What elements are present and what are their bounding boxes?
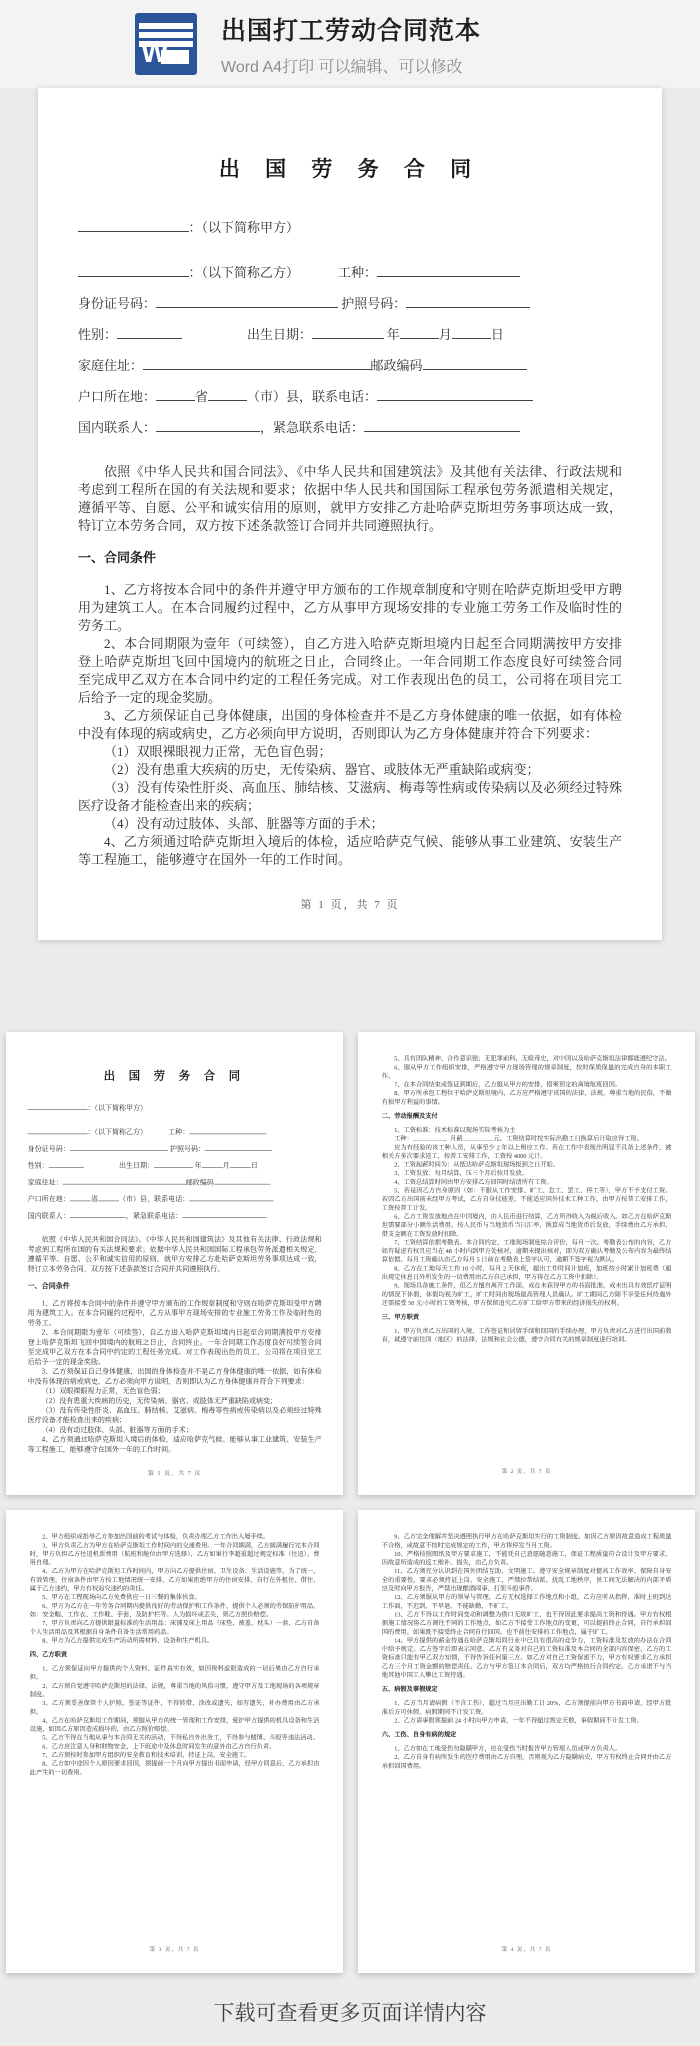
- form-label: 户口所在地：: [27, 1195, 69, 1203]
- doc-paragraph: （4）没有动过肢体、头部、脏器等方面的手术；: [78, 815, 622, 833]
- blank-underline: [205, 1143, 272, 1151]
- doc-paragraph: 8、乙方如中途因个人原因要求回国，须提前一个月向甲方提出书面申请，经甲方同意后，…: [29, 1760, 319, 1777]
- section-heading: 三、甲方职责: [381, 1313, 671, 1322]
- thumbnail-page-3-content: 2、甲方组织或指导乙方参加出国前的考试与体检，负责办理乙方工作出入境手续。3、甲…: [6, 1510, 343, 1971]
- blank-underline: [97, 1194, 118, 1202]
- doc-paragraph: 12、乙方须服从甲方的领导与管理，乙方无权选择工作地点和小组，乙方应听从指挥，准…: [381, 1593, 671, 1610]
- form-space: [147, 1134, 168, 1135]
- blank-underline: [78, 263, 189, 277]
- doc-paragraph: （1）双眼裸眼视力正常，无色盲色弱；: [27, 1386, 321, 1396]
- doc-paragraph: 4、乙方须通过哈萨克斯坦入境后的体检，适应哈萨克气候、能够从事工业建筑、安装生产…: [78, 833, 622, 869]
- blank-underline: [213, 1177, 269, 1185]
- blank-underline: [400, 325, 439, 339]
- form-line: ：（以下简称乙方）工种：: [27, 1127, 321, 1144]
- section-heading: 一、合同条件: [78, 549, 622, 567]
- spacer: [78, 249, 622, 263]
- doc-paragraph: 依照《中华人民共和国合同法》、《中华人民共和国建筑法》及其他有关法律、行政法规和…: [27, 1235, 321, 1274]
- section-heading: 六、工伤、自身有病的规定: [381, 1731, 671, 1740]
- blank-underline: [406, 294, 530, 308]
- doc-paragraph: 2、乙方请事假须提前 24 小时向甲方申请，一年不得超过规定天数，事假期间不计发…: [381, 1716, 671, 1725]
- doc-paragraph: 工种：＿＿＿＿＿，月薪＿＿＿＿＿元。工资结算时按实际出勤工日换算后计取应得工资。: [381, 1135, 671, 1144]
- form-line: 家庭住址：邮政编码: [27, 1177, 321, 1194]
- form-label: 出生日期：: [118, 1161, 153, 1169]
- blank-underline: [62, 1177, 185, 1185]
- form-label: 性别：: [27, 1161, 48, 1169]
- document-subtitle: Word A4打印 可以编辑、可以修改: [221, 54, 481, 77]
- section-heading: 四、乙方职责: [29, 1651, 319, 1660]
- form-line: 身份证号码： 护照号码：: [27, 1143, 321, 1160]
- contract-title: 出 国 劳 务 合 同: [27, 1071, 321, 1081]
- form-label: ：（以下简称乙方）: [87, 1128, 147, 1136]
- doc-paragraph: 应为有经验的该工种人员，从事至少 2 年以上相应工作。若在工作中表现出明显不具备…: [381, 1143, 671, 1160]
- doc-paragraph: 1、甲方负责乙方出国的入境、工作签证和居留手续和回国的手续办理，甲方负责对乙方进…: [381, 1327, 671, 1344]
- spacer: [27, 1227, 321, 1235]
- form-label: ，紧急联系电话：: [260, 420, 364, 435]
- doc-paragraph: 4、乙方在哈萨克斯坦工作期间，须服从甲方的统一管理和工作安排，爱护甲方提供的机具…: [29, 1716, 319, 1733]
- page-number: 第 3 页，共 7 页: [6, 1946, 343, 1955]
- page-number: 第 1 页，共 7 页: [6, 1469, 343, 1479]
- form-label: 月: [222, 1161, 229, 1169]
- form-line: 身份证号码： 护照号码：: [78, 294, 622, 325]
- contract-title: 出 国 劳 务 合 同: [78, 160, 622, 178]
- blank-underline: [423, 356, 527, 370]
- doc-paragraph: 3、甲方负责乙方为甲方在哈萨克斯坦工作时间内的交通费用。一年合同期满，乙方圆满履…: [29, 1541, 319, 1567]
- blank-underline: [154, 1160, 193, 1168]
- page-number: 第 2 页，共 7 页: [358, 1468, 695, 1477]
- thumbnail-page-3[interactable]: 2、甲方组织或指导乙方参加出国前的考试与体检，负责办理乙方工作出入境手续。3、甲…: [6, 1510, 343, 1973]
- thumbnail-page-2-content: 5、具有团队精神、合作意识强；无犯罪前科、无吸毒史，对中国以及哈萨克斯坦法律都能…: [358, 1032, 695, 1493]
- form-label: 年: [384, 327, 400, 342]
- doc-paragraph: 5、乙方不得在当地从事与本合同无关的活动，不得私自外出务工，不得参与赌博、斗殴等…: [29, 1734, 319, 1743]
- doc-paragraph: 1、工资标准：技术标准以现场实际考核为主: [381, 1126, 671, 1135]
- thumbnail-page-4[interactable]: 9、乙方完全理解并坚决遵照执行甲方在哈萨克斯坦实行的工资制度。如因乙方原因故意造…: [358, 1510, 695, 1973]
- blank-underline: [117, 325, 182, 339]
- doc-paragraph: 3、乙方须妥善保管个人护照、签证等证件，不得转借、涂改或遗失，如有遗失，补办费用…: [29, 1699, 319, 1716]
- thumbnail-page-1[interactable]: 出 国 劳 务 合 同：（以下简称甲方）：（以下简称乙方）工种：身份证号码： 护…: [6, 1032, 343, 1495]
- word-icon-letter: W: [141, 39, 168, 68]
- header-text: 出国打工劳动合同范本 Word A4打印 可以编辑、可以修改: [221, 11, 481, 77]
- form-label: ：（以下简称乙方）: [189, 265, 300, 280]
- form-label: 国内联系人：: [78, 420, 156, 435]
- form-line: 国内联系人：，紧急联系电话：: [78, 418, 622, 449]
- doc-paragraph: 14、甲方提供的薪金待遇在哈萨克斯坦同行业中已具有很高的竞争力，工资标准及发放的…: [381, 1636, 671, 1679]
- blank-underline: [189, 1194, 273, 1202]
- document-preview-page-1: 出 国 劳 务 合 同：（以下简称甲方）：（以下简称乙方）工种：身份证号码： 护…: [38, 88, 662, 940]
- form-line: 家庭住址：邮政编码: [78, 356, 622, 387]
- form-label: 日: [491, 327, 504, 342]
- form-label: 工种：: [338, 265, 377, 280]
- doc-paragraph: 2、甲方组织或指导乙方参加出国前的考试与体检，负责办理乙方工作出入境手续。: [29, 1533, 319, 1542]
- section-heading: 五、病假及事假规定: [381, 1685, 671, 1694]
- doc-paragraph: 2、本合同期限为壹年（可续签），自乙方进入哈萨克斯坦境内日起至合同期满按甲方安排…: [27, 1328, 321, 1367]
- form-line: 国内联系人：，紧急联系电话：: [27, 1210, 321, 1227]
- blank-underline: [156, 387, 195, 401]
- form-label: （市）县，联系电话：: [247, 389, 377, 404]
- form-label: 工种：: [168, 1128, 189, 1136]
- form-space: [182, 338, 247, 339]
- doc-paragraph: （3）没有传染性肝炎、高血压、肺结核、艾滋病、梅毒等性病或传染病以及必须经过特殊…: [78, 779, 622, 815]
- blank-underline: [48, 1160, 83, 1168]
- doc-paragraph: 7、甲方负责向乙方提供限量标准的生活用品：床铺及床上用品（床垫、被盖、枕头）一套…: [29, 1619, 319, 1636]
- form-line: 户口所在地：省（市）县，联系电话：: [78, 387, 622, 418]
- form-label: 邮政编码: [185, 1178, 213, 1186]
- blank-underline: [182, 1210, 266, 1218]
- spacer: [78, 535, 622, 549]
- doc-paragraph: （1）双眼裸眼视力正常，无色盲色弱；: [78, 743, 622, 761]
- form-label: 家庭住址：: [78, 358, 143, 373]
- form-line: ：（以下简称甲方）: [27, 1102, 321, 1119]
- page-number: 第 1 页，共 7 页: [38, 896, 662, 914]
- form-line: ：（以下简称乙方）工种：: [78, 263, 622, 294]
- page-number: 第 4 页，共 7 页: [358, 1946, 695, 1955]
- blank-underline: [69, 1143, 167, 1151]
- doc-paragraph: 6、服从甲方工作组织安排，严格遵守甲方现场管理的规章制度，按时保质保量的完成自身…: [381, 1063, 671, 1080]
- doc-paragraph: 7、乙方须按时参加甲方组织的安全教育和技术培训，持证上岗，安全施工。: [29, 1751, 319, 1760]
- form-line: 性别：出生日期： 年月日: [78, 325, 622, 356]
- blank-underline: [377, 387, 533, 401]
- doc-paragraph: 依照《中华人民共和国合同法》、《中华人民共和国建筑法》及其他有关法律、行政法规和…: [78, 463, 622, 535]
- doc-paragraph: 8、甲方所承包工程位于哈萨克斯坦境内，乙方应严格遵守该国的法律、法规，尊重当地的…: [381, 1089, 671, 1106]
- blank-underline: [189, 1127, 266, 1135]
- doc-paragraph: 8、乙方在工地每天工作 10 小时，每月 2 天休班，超出工作时间计加班，加班按…: [381, 1264, 671, 1281]
- form-label: 月: [439, 327, 452, 342]
- form-space: [83, 1167, 118, 1168]
- form-label: 日: [250, 1161, 257, 1169]
- doc-paragraph: 2、乙方须自觉遵守哈萨克斯坦的法律、法规，尊重当地的风俗习惯，遵守甲方及工地现场…: [29, 1682, 319, 1699]
- word-icon: W: [135, 13, 197, 75]
- doc-paragraph: 5、具有团队精神、合作意识强；无犯罪前科、无吸毒史，对中国以及哈萨克斯坦法律都能…: [381, 1055, 671, 1064]
- doc-paragraph: 4、工资总结算时间由甲方安排乙方回国时结清所有工资。: [381, 1178, 671, 1187]
- form-label: 家庭住址：: [27, 1178, 62, 1186]
- blank-underline: [78, 218, 189, 232]
- more-pages-note: 下载可查看更多页面详情内容: [0, 1997, 700, 2027]
- form-space: [299, 276, 338, 277]
- blank-underline: [69, 1210, 125, 1218]
- section-heading: 一、合同条件: [27, 1281, 321, 1291]
- thumbnail-grid: 出 国 劳 务 合 同：（以下简称甲方）：（以下简称乙方）工种：身份证号码： 护…: [5, 1032, 695, 1973]
- doc-paragraph: 2、工资起薪时间为：从抵达哈萨克斯坦现场报到之日开始。: [381, 1161, 671, 1170]
- doc-paragraph: 9、现场具备施工条件，但乙方擅自离开工作面，或在未获得甲方的书面批准，或未出具有…: [381, 1282, 671, 1308]
- blank-underline: [156, 418, 260, 432]
- doc-paragraph: 1、乙方如在工地受伤勿隐瞒甲方，应在受伤当时报告甲方管理人员或甲方负责人。: [381, 1745, 671, 1754]
- doc-paragraph: 6、乙方工资发放地点在中国境内，由人民币进行结算，乙方所得收入为税后收入。如乙方…: [381, 1213, 671, 1239]
- doc-paragraph: （2）没有患重大疾病的历史，无传染病、器官、或肢体无严重缺陷或病变；: [27, 1396, 321, 1406]
- doc-paragraph: 2、乙方自身有病所发生的医疗费用由乙方自理，否则视为乙方隐瞒病史，甲方有权终止合…: [381, 1753, 671, 1770]
- doc-paragraph: 7、工资结算依据考勤表。本合同约定、工地现场制度综合评价，每月一次。考勤表公布的…: [381, 1238, 671, 1264]
- blank-underline: [377, 263, 520, 277]
- doc-paragraph: 2、本合同期限为壹年（可续签），自乙方进入哈萨克斯坦境内日起至合同期满按甲方安排…: [78, 635, 622, 707]
- form-label: 省: [195, 389, 208, 404]
- blank-underline: [229, 1160, 250, 1168]
- form-label: 性别：: [78, 327, 117, 342]
- doc-paragraph: 1、乙方当月请病假（不含工伤），超过当月应出勤工日 20%，乙方须提前向甲方书面…: [381, 1699, 671, 1716]
- blank-underline: [201, 1160, 222, 1168]
- spacer: [27, 1274, 321, 1282]
- blank-underline: [69, 1194, 90, 1202]
- document-title: 出国打工劳动合同范本: [221, 11, 481, 47]
- form-line: ：（以下简称甲方）: [78, 218, 622, 249]
- doc-paragraph: 4、乙方为甲方在哈萨克斯坦工作时间内，甲方向乙方提供住宿、卫生设备、生活设施等，…: [29, 1567, 319, 1593]
- doc-paragraph: 6、甲方为乙方在一年劳务合同期内提供良好的劳动保护和工作条件，提供个人必须的劳保…: [29, 1602, 319, 1619]
- spacer: [27, 1119, 321, 1127]
- form-label: 户口所在地：: [78, 389, 156, 404]
- thumbnail-page-1-content: 出 国 劳 务 合 同：（以下简称甲方）：（以下简称乙方）工种：身份证号码： 护…: [6, 1032, 343, 1493]
- doc-paragraph: （4）没有动过肢体、头部、脏器等方面的手术；: [27, 1425, 321, 1435]
- doc-paragraph: 5、甲方在工程现场向乙方免费供应一日三餐的集体伙食。: [29, 1593, 319, 1602]
- form-label: 邮政编码: [371, 358, 423, 373]
- form-label: （市）县，联系电话：: [118, 1195, 188, 1203]
- spacer: [78, 567, 622, 581]
- doc-paragraph: 13、乙方不得以工作时间变动和调整为借口无故旷工，也不得因此要求提高工资和待遇。…: [381, 1611, 671, 1637]
- section-heading: 二、劳动报酬及支付: [381, 1112, 671, 1121]
- blank-underline: [364, 418, 520, 432]
- doc-paragraph: 1、乙方将按本合同中的条件并遵守甲方颁布的工作规章制度和守则在哈萨克斯坦受甲方聘…: [27, 1298, 321, 1327]
- form-label: ：（以下简称甲方）: [189, 220, 300, 235]
- spacer: [27, 1291, 321, 1299]
- doc-paragraph: 10、严格按照图纸及甲方要求施工，不能凭自己意愿随意施工，保证工程质量符合设计及…: [381, 1550, 671, 1567]
- thumbnail-page-2[interactable]: 5、具有团队精神、合作意识强；无犯罪前科、无吸毒史，对中国以及哈萨克斯坦法律都能…: [358, 1032, 695, 1495]
- doc-paragraph: （3）没有传染性肝炎、高血压、肺结核、艾滋病、梅毒等性病或传染病以及必须经过特殊…: [27, 1405, 321, 1424]
- blank-underline: [312, 325, 384, 339]
- doc-paragraph: 6、乙方应注意人身和财物安全，上下班途中及休息时间发生的意外由乙方自行负责。: [29, 1742, 319, 1751]
- doc-paragraph: 11、乙方须充分认识到在国外团结互助、文明施工、遵守安全规章制度对提高工作效率、…: [381, 1567, 671, 1593]
- form-label: 省: [90, 1195, 97, 1203]
- form-label: 身份证号码：: [78, 296, 156, 311]
- form-label: 出生日期：: [247, 327, 312, 342]
- doc-paragraph: 8、甲方为乙方提供完成生产活动所需材料、设备和生产机具。: [29, 1636, 319, 1645]
- doc-paragraph: 9、乙方完全理解并坚决遵照执行甲方在哈萨克斯坦实行的工资制度。如因乙方原因故意造…: [381, 1533, 671, 1550]
- doc-paragraph: 3、工资发放：每月结算，压三个月后按月发放。: [381, 1169, 671, 1178]
- blank-underline: [156, 294, 338, 308]
- blank-underline: [27, 1102, 87, 1110]
- header: W 出国打工劳动合同范本 Word A4打印 可以编辑、可以修改: [0, 0, 700, 88]
- form-line: 性别：出生日期： 年月日: [27, 1160, 321, 1177]
- form-label: ，紧急联系电话：: [125, 1211, 181, 1219]
- form-label: ：（以下简称甲方）: [87, 1103, 147, 1111]
- thumbnail-page-4-content: 9、乙方完全理解并坚决遵照执行甲方在哈萨克斯坦实行的工资制度。如因乙方原因故意造…: [358, 1510, 695, 1971]
- form-label: 身份证号码：: [27, 1144, 69, 1152]
- blank-underline: [27, 1127, 87, 1135]
- doc-paragraph: （2）没有患重大疾病的历史，无传染病、器官、或肢体无严重缺陷或病变；: [78, 761, 622, 779]
- form-label: 年: [192, 1161, 201, 1169]
- doc-paragraph: 4、乙方须通过哈萨克斯坦入境后的体检，适应哈萨克气候、能够从事工业建筑、安装生产…: [27, 1435, 321, 1454]
- doc-paragraph: 1、乙方须保证向甲方提供的个人资料、证件真实有效，如因资料虚假造成的一切后果由乙…: [29, 1665, 319, 1682]
- form-label: 国内联系人：: [27, 1211, 69, 1219]
- form-label: 护照号码：: [338, 296, 406, 311]
- blank-underline: [452, 325, 491, 339]
- doc-paragraph: 3、乙方须保证自己身体健康，出国的身体检查并不是乙方身体健康的唯一依据，如有体检…: [78, 707, 622, 743]
- blank-underline: [143, 356, 371, 370]
- spacer: [78, 449, 622, 463]
- blank-underline: [208, 387, 247, 401]
- form-label: 护照号码：: [168, 1144, 205, 1152]
- doc-paragraph: 5、若是因乙方自身原因（如：不服从工作安排、旷工、怠工、罢工、停工等），甲方不予…: [381, 1187, 671, 1213]
- doc-paragraph: 7、在本合同结束或签证到期后，乙方服从甲方的安排，搭乘预定的离境航班回国。: [381, 1081, 671, 1090]
- doc-paragraph: 1、乙方将按本合同中的条件并遵守甲方颁布的工作规章制度和守则在哈萨克斯坦受甲方聘…: [78, 581, 622, 635]
- doc-paragraph: 3、乙方须保证自己身体健康，出国的身体检查并不是乙方身体健康的唯一依据，如有体检…: [27, 1367, 321, 1386]
- form-line: 户口所在地：省（市）县，联系电话：: [27, 1194, 321, 1211]
